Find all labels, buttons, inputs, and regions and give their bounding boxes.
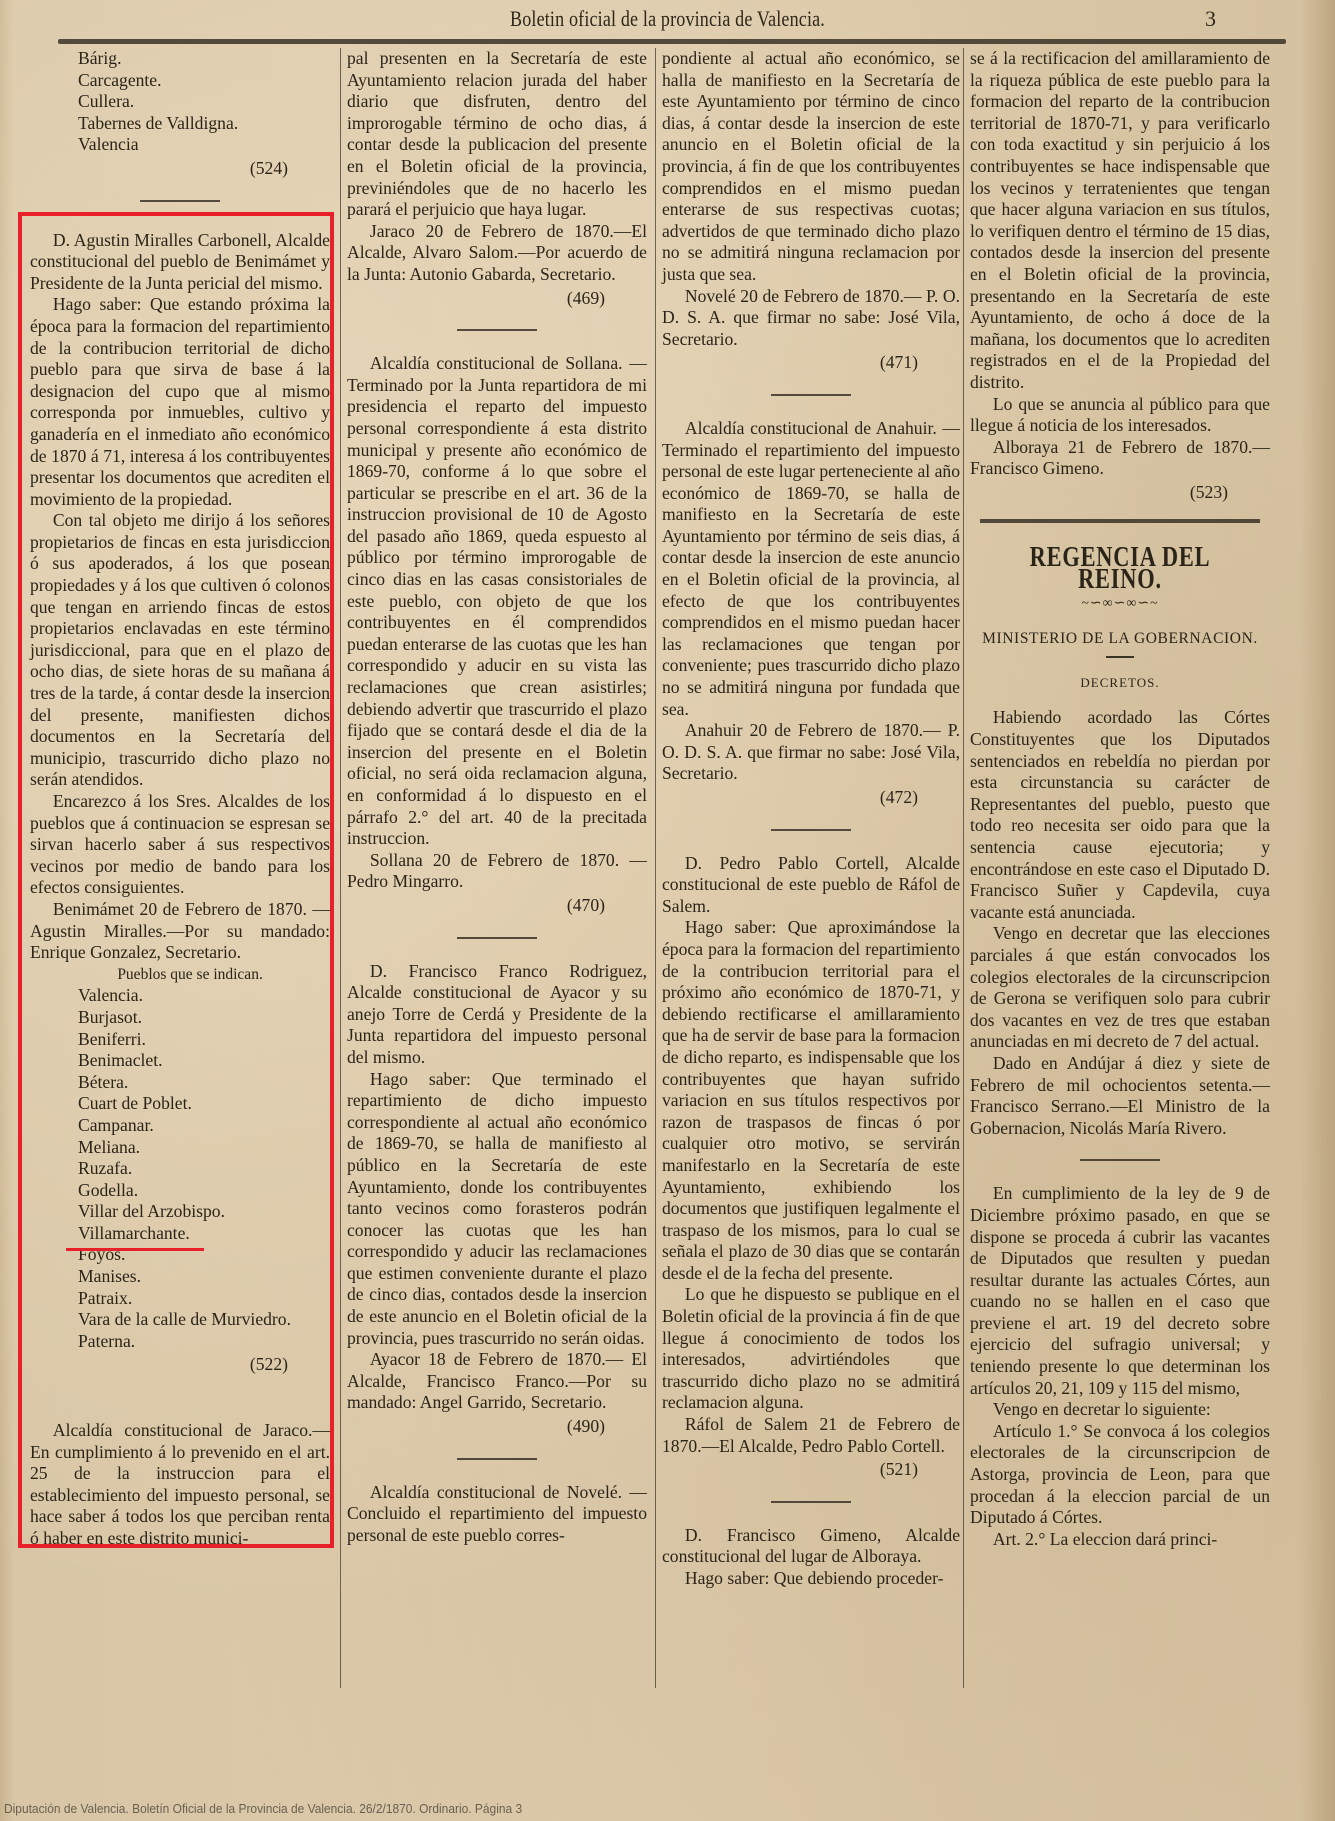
- page-number: 3: [1205, 6, 1216, 32]
- column-divider: [963, 48, 964, 1688]
- decree-signature: Dado en Andújar á diez y siete de Febrer…: [970, 1053, 1270, 1139]
- separator: [1080, 1159, 1160, 1161]
- list-item: Cullera.: [78, 91, 330, 113]
- decree-paragraph: Vengo en decretar lo siguiente:: [970, 1399, 1270, 1421]
- publication-title: Boletin oficial de la provincia de Valen…: [120, 6, 1215, 32]
- notice-signature: Ráfol de Salem 21 de Febrero de 1870.—El…: [662, 1414, 960, 1457]
- notice-reference: (523): [970, 482, 1270, 504]
- separator: [457, 1458, 537, 1460]
- notice-paragraph: pal presenten en la Secretaría de este A…: [347, 48, 647, 221]
- column-divider: [655, 48, 656, 1688]
- column-divider: [340, 48, 341, 1688]
- separator: [771, 1501, 851, 1503]
- section-title: REGENCIA DEL REINO.: [1000, 547, 1240, 590]
- list-item: Paterna.: [78, 1331, 330, 1353]
- list-item: Ruzafa.: [78, 1158, 330, 1180]
- notice-reference: (524): [30, 158, 330, 180]
- list-item: Bétera.: [78, 1072, 330, 1094]
- list-item: Patraix.: [78, 1288, 330, 1310]
- list-item: Benimaclet.: [78, 1050, 330, 1072]
- section-separator: [980, 519, 1260, 523]
- list-item: Campanar.: [78, 1115, 330, 1137]
- separator: [1106, 656, 1134, 658]
- notice-reference: (490): [347, 1416, 647, 1438]
- list-item: Tabernes de Valldigna.: [78, 113, 330, 135]
- notice-signature: Anahuir 20 de Febrero de 1870.— P. O. D.…: [662, 720, 960, 785]
- decree-paragraph: Habiendo acordado las Córtes Constituyen…: [970, 707, 1270, 923]
- list-item: Villar del Arzobispo.: [78, 1201, 330, 1223]
- column-1: Bárig. Carcagente. Cullera. Tabernes de …: [30, 48, 330, 1550]
- notice-reference: (470): [347, 895, 647, 917]
- column-4: se á la rectificacion del amillaramiento…: [970, 48, 1270, 1550]
- notice-paragraph: Alcaldía constitucional de Jaraco.— En c…: [30, 1420, 330, 1550]
- notice-intro: D. Pedro Pablo Cortell, Alcalde constitu…: [662, 853, 960, 918]
- notice-intro: D. Francisco Franco Rodriguez, Alcalde c…: [347, 961, 647, 1069]
- ornament-icon: ~∽∞∽∞∽~: [970, 593, 1270, 615]
- list-item: Valencia: [78, 134, 330, 156]
- decrees-heading: DECRETOS.: [970, 672, 1270, 694]
- footer-citation: Diputación de Valencia. Boletín Oficial …: [4, 1801, 522, 1816]
- notice-paragraph: Hago saber: Que estando próxima la época…: [30, 294, 330, 510]
- separator: [140, 200, 220, 202]
- notice-paragraph: Alcaldía constitucional de Novelé. —Conc…: [347, 1482, 647, 1547]
- notice-paragraph: Hago saber: Que aproximándose la época p…: [662, 917, 960, 1284]
- decree-paragraph: Vengo en decretar que las elecciones par…: [970, 923, 1270, 1053]
- notice-paragraph: Lo que he dispuesto se publique en el Bo…: [662, 1284, 960, 1414]
- header-rule: [58, 39, 1286, 44]
- separator: [771, 829, 851, 831]
- separator: [457, 937, 537, 939]
- separator: [771, 394, 851, 396]
- list-item: Valencia.: [78, 985, 330, 1007]
- list-item: Godella.: [78, 1180, 330, 1202]
- list-item: Burjasot.: [78, 1007, 330, 1029]
- notice-paragraph: Encarezco á los Sres. Alcaldes de los pu…: [30, 791, 330, 899]
- list-item: Manises.: [78, 1266, 330, 1288]
- notice-signature: Alboraya 21 de Febrero de 1870.— Francis…: [970, 437, 1270, 480]
- notice-signature: Jaraco 20 de Febrero de 1870.—El Alcalde…: [347, 221, 647, 286]
- top-place-list: Bárig. Carcagente. Cullera. Tabernes de …: [30, 48, 330, 156]
- list-item-highlighted: Cuart de Poblet.: [78, 1093, 330, 1115]
- notice-reference: (522): [30, 1354, 330, 1376]
- notice-reference: (521): [662, 1459, 960, 1481]
- list-item: Villamarchante.: [78, 1223, 330, 1245]
- notice-signature: Sollana 20 de Febrero de 1870. — Pedro M…: [347, 850, 647, 893]
- list-item: Carcagente.: [78, 70, 330, 92]
- notice-intro: D. Francisco Gimeno, Alcalde constitucio…: [662, 1525, 960, 1568]
- notice-reference: (472): [662, 787, 960, 809]
- notice-paragraph: Hago saber: Que terminado el repartimien…: [347, 1069, 647, 1350]
- column-2: pal presenten en la Secretaría de este A…: [347, 48, 647, 1546]
- notice-paragraph: Alcaldía constitucional de Sollana. —Ter…: [347, 353, 647, 850]
- separator: [457, 329, 537, 331]
- notice-paragraph: Alcaldía constitucional de Anahuir. —Ter…: [662, 418, 960, 720]
- notice-522: D. Agustin Miralles Carbonell, Alcalde c…: [30, 224, 330, 1376]
- column-3: pondiente al actual año económico, se ha…: [662, 48, 960, 1590]
- list-item: Vara de la calle de Murviedro.: [78, 1309, 330, 1331]
- notice-paragraph: Hago saber: Que debiendo proceder-: [662, 1568, 960, 1590]
- notice-reference: (471): [662, 352, 960, 374]
- notice-paragraph: Con tal objeto me dirijo á los señores p…: [30, 510, 330, 791]
- notice-paragraph: Lo que se anuncia al público para que ll…: [970, 394, 1270, 437]
- notice-signature: Benimámet 20 de Febrero de 1870. —Agusti…: [30, 899, 330, 964]
- decree-paragraph: En cumplimiento de la ley de 9 de Diciem…: [970, 1183, 1270, 1399]
- list-item: Beniferri.: [78, 1029, 330, 1051]
- decree-article: Artículo 1.° Se convoca á los colegios e…: [970, 1421, 1270, 1529]
- notice-reference: (469): [347, 288, 647, 310]
- place-list-heading: Pueblos que se indican.: [30, 964, 330, 986]
- place-list: Valencia. Burjasot. Beniferri. Benimacle…: [30, 985, 330, 1352]
- ministry-heading: MINISTERIO DE LA GOBERNACION.: [970, 628, 1270, 650]
- notice-intro: D. Agustin Miralles Carbonell, Alcalde c…: [30, 230, 330, 295]
- decree-article: Art. 2.° La eleccion dará princi-: [970, 1529, 1270, 1551]
- notice-signature: Novelé 20 de Febrero de 1870.— P. O. D. …: [662, 286, 960, 351]
- notice-paragraph: se á la rectificacion del amillaramiento…: [970, 48, 1270, 394]
- notice-paragraph: pondiente al actual año económico, se ha…: [662, 48, 960, 286]
- highlight-underline: [66, 1248, 204, 1251]
- list-item: Meliana.: [78, 1137, 330, 1159]
- list-item: Bárig.: [78, 48, 330, 70]
- notice-signature: Ayacor 18 de Febrero de 1870.— El Alcald…: [347, 1349, 647, 1414]
